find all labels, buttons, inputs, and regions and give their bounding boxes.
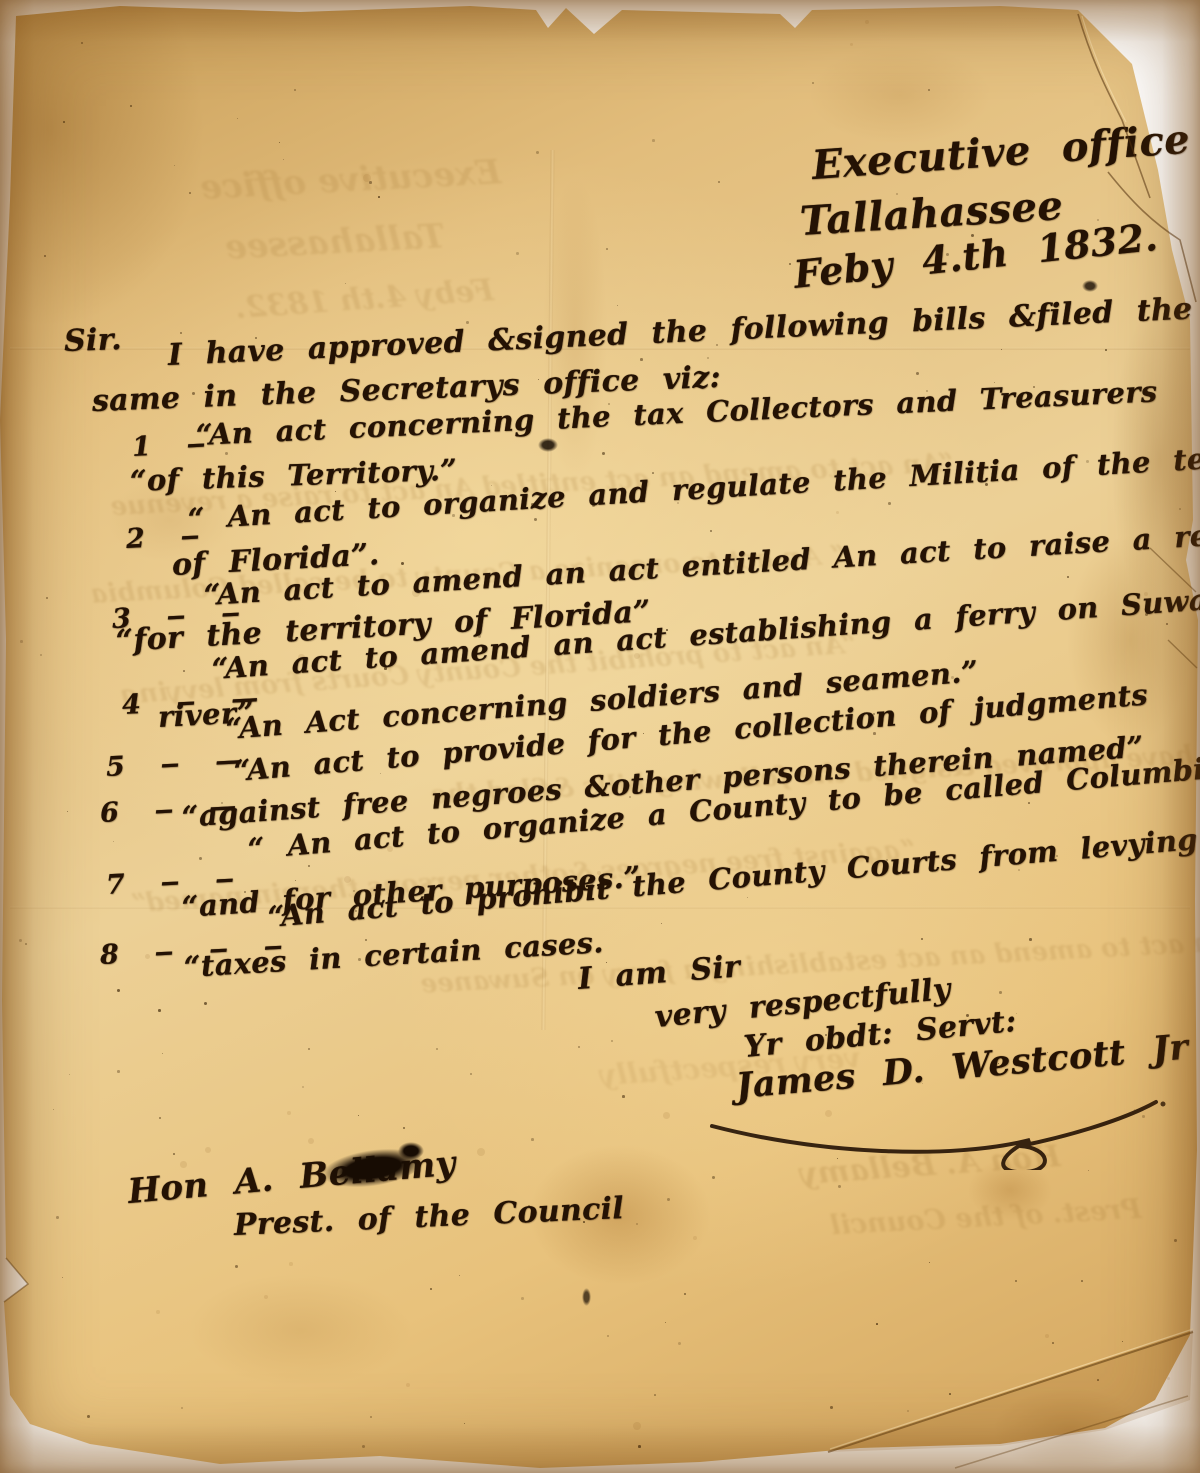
scanned-letter-page: Executive office Tallahassee Feby 4.th 1… — [0, 0, 1200, 1473]
salutation: Sir. — [63, 322, 122, 359]
